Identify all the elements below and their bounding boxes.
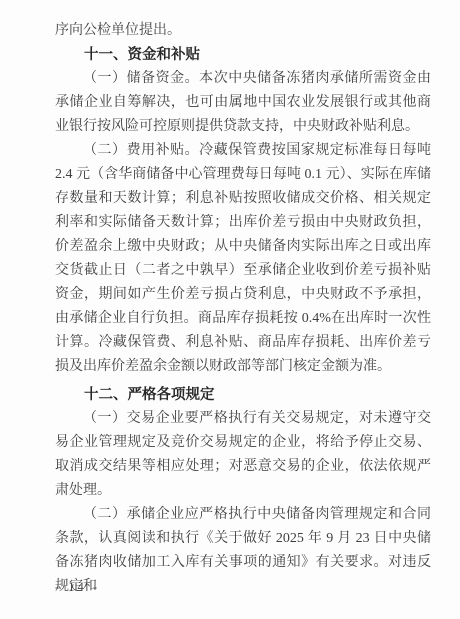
document-body: 序向公检单位提出。 十一、资金和补贴 （一）储备资金。本次中央储备冻猪肉承储所需…: [55, 19, 431, 599]
document-page: 序向公检单位提出。 十一、资金和补贴 （一）储备资金。本次中央储备冻猪肉承储所需…: [0, 0, 460, 619]
section-11-paragraph-2: （二）费用补贴。冷藏保管费按国家规定标准每日每吨 2.4 元（含华商储备中心管理…: [55, 139, 431, 379]
section-12-paragraph-1: （一）交易企业要严格执行有关交易规定，对未遵守交易企业管理规定及竞价交易规定的企…: [55, 407, 431, 503]
paragraph-continuation: 序向公检单位提出。: [55, 19, 431, 43]
page-number: - 14 -: [55, 579, 100, 595]
section-12-heading: 十二、严格各项规定: [55, 383, 431, 407]
section-12-paragraph-2: （二）承储企业应严格执行中央储备肉管理规定和合同条款，认真阅读和执行《关于做好 …: [55, 503, 431, 599]
section-11-paragraph-1: （一）储备资金。本次中央储备冻猪肉承储所需资金由承储企业自筹解决，也可由属地中国…: [55, 67, 431, 139]
section-11-heading: 十一、资金和补贴: [55, 43, 431, 67]
